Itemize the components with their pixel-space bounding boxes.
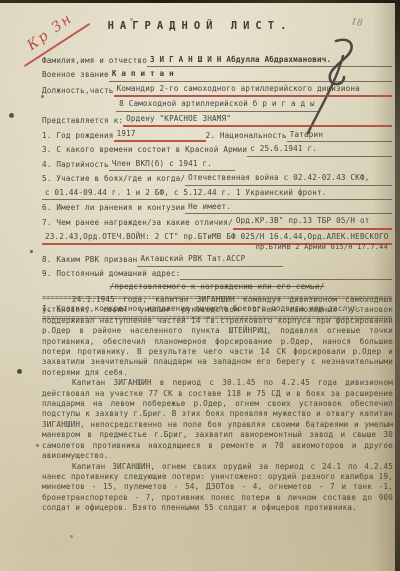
nationality-value: Татарин <box>287 128 392 142</box>
rank-value: К а п и т а н <box>109 67 392 81</box>
awards-value: Орд.КР.ЗВ" пр.13 ТБР 05/Н от <box>233 214 392 229</box>
battles-label: 5. Участие в боях/где и когда/ <box>42 172 185 185</box>
form-row-battles-2: с 01.44-09.44 г. 1 и 2 БФ, с 5.12.44 г. … <box>42 186 392 200</box>
nomination-value: Ордену "КРАСНОЕ ЗНАМЯ" <box>123 112 392 127</box>
citation-paragraph-1: 24.1.1945 года, капитан ЗИГАНШИН команду… <box>42 295 393 378</box>
scan-edge-right <box>395 0 400 571</box>
rvk-value: Акташский РВК Тат.АССР <box>137 252 283 266</box>
service-label: 3. С какого времени состоит в Красной Ар… <box>42 143 247 156</box>
birth-value: 1917 <box>114 127 206 142</box>
form-row-name: Фамилия,имя и отчество З И Г А Н Ш И Н А… <box>42 53 392 67</box>
form-row-brigade: 8 Самоходной артиллерийской б р и г а д … <box>42 97 392 111</box>
address-label: 9. Постоянный домашний адрес: <box>42 267 180 280</box>
battles-value-2: с 01.44-09.44 г. 1 и 2 БФ, с 5.12.44 г. … <box>42 186 392 200</box>
form-row-battles: 5. Участие в боях/где и когда/ Отечестве… <box>42 171 392 185</box>
form-row-awards: 7. Чем ранее награжден/за какие отличия/… <box>42 214 392 229</box>
form-row-rank: Военное звание К а п и т а н <box>42 67 392 81</box>
scan-edge-top <box>0 0 400 3</box>
form-row-birth-nationality: 1. Год рождения 1917 2. Национальность Т… <box>42 127 392 142</box>
brigade-value: 8 Самоходной артиллерийской б р и г а д … <box>116 97 318 111</box>
nationality-label: 2. Национальность <box>206 129 287 142</box>
citation-paragraph-2: Капитан ЗИГАНШИН в период с 30.1.45 по 4… <box>42 378 393 461</box>
position-value: Командир 2-го самоходного артиллерийског… <box>114 82 392 97</box>
awards-label: 7. Чем ранее награжден/за какие отличия/ <box>42 216 233 229</box>
name-value: З И Г А Н Ш И Н Абдулла Абдрахманович. <box>147 53 392 67</box>
form-row-address-note: /представляемого к награждению или его с… <box>42 280 392 293</box>
address-note: /представляемого к награждению или его с… <box>110 280 325 293</box>
rvk-label: 8. Каким РВК призван <box>42 253 137 266</box>
form-section: Фамилия,имя и отчество З И Г А Н Ш И Н А… <box>42 53 392 323</box>
battles-value: Отечественная война с 02.42-02.43 СКФ, <box>185 171 392 185</box>
form-row-address: 9. Постоянный домашний адрес: <box>42 267 392 280</box>
scanned-award-document: Кр Зн 18 НАГРАДНОЙ ЛИСТ. Фамилия,имя и о… <box>0 0 400 571</box>
paper-specks <box>0 0 3 3</box>
form-row-party: 4. Партийность Член ВКП(б) с 1941 г. <box>42 157 392 171</box>
form-row-wounds: 6. Имеет ли ранения и контузии Не имеет. <box>42 200 392 214</box>
party-value: Член ВКП(б) с 1941 г. <box>109 157 235 171</box>
form-row-rvk: 8. Каким РВК призван Акташский РВК Тат.А… <box>42 252 392 266</box>
service-value: с 25.6.1941 г. <box>247 142 392 156</box>
nomination-label: Представляется к: <box>42 114 123 127</box>
form-row-position: Должность,часть Командир 2-го самоходног… <box>42 82 392 97</box>
birth-label: 1. Год рождения <box>42 129 114 142</box>
form-row-service: 3. С какого времени состоит в Красной Ар… <box>42 142 392 156</box>
wounds-value: Не имеет. <box>185 200 392 214</box>
party-label: 4. Партийность <box>42 158 109 171</box>
form-row-nomination: Представляется к: Ордену "КРАСНОЕ ЗНАМЯ" <box>42 112 392 127</box>
rank-label: Военное звание <box>42 68 109 81</box>
document-title: НАГРАДНОЙ ЛИСТ. <box>0 20 400 32</box>
citation-text: 24.1.1945 года, капитан ЗИГАНШИН команду… <box>42 295 393 514</box>
name-label: Фамилия,имя и отчество <box>42 54 147 67</box>
position-label: Должность,часть <box>42 84 114 97</box>
citation-paragraph-3: Капитан ЗИГАНШИН, огнем своих орудий за … <box>42 462 393 514</box>
wounds-label: 6. Имеет ли ранения и контузии <box>42 201 185 214</box>
